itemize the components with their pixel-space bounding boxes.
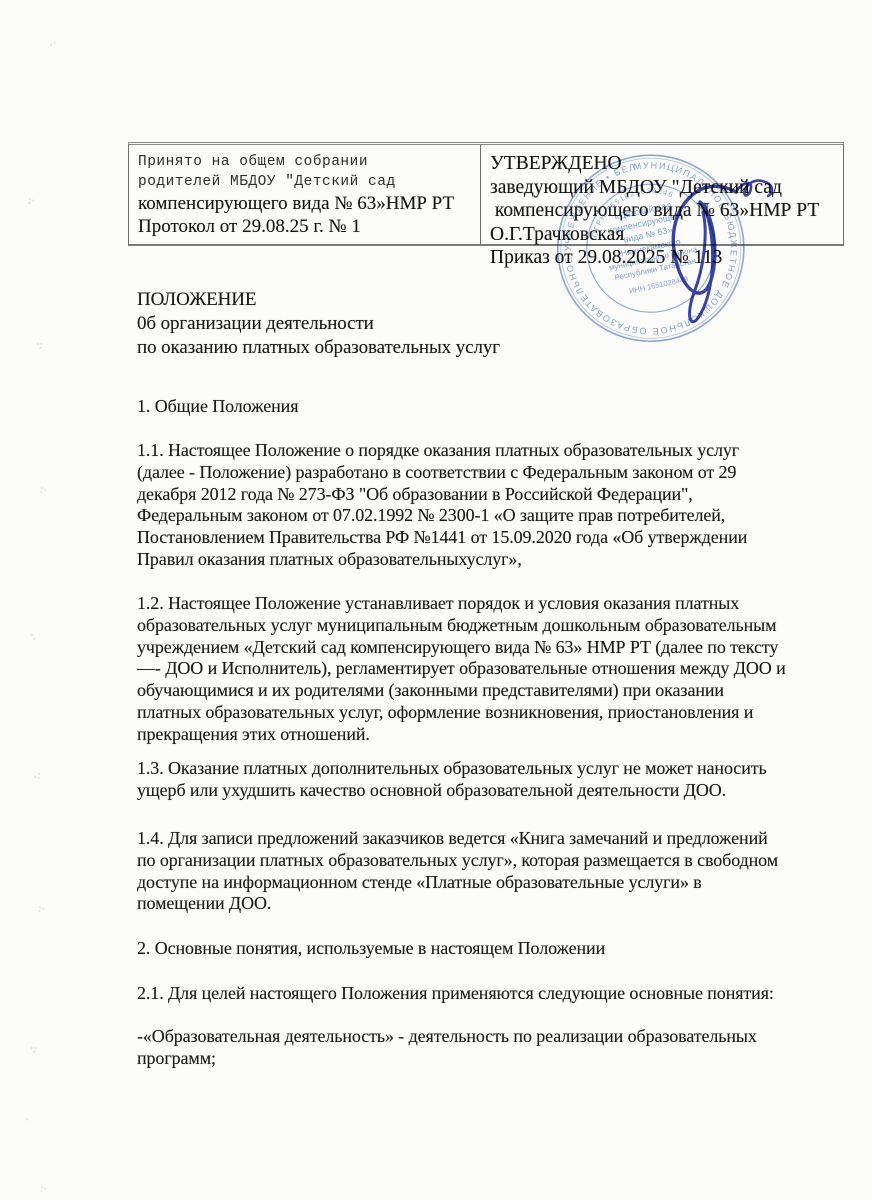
section-1-heading: 1. Общие Положения (137, 396, 298, 418)
director-signature (648, 170, 778, 330)
section-2-heading: 2. Основные понятия, используемые в наст… (137, 938, 605, 960)
scan-smudge: ꞉· (37, 903, 46, 915)
accepted-line: родителей МБДОУ "Детский сад (138, 172, 470, 192)
scan-smudge: . (25, 1112, 30, 1123)
scan-smudge: ·꞉ (35, 339, 44, 351)
paragraph-2-1: 2.1. Для целей настоящего Положения прим… (137, 983, 774, 1005)
scan-smudge: .· (49, 37, 58, 49)
accepted-cell: Принято на общем собрании родителей МБДО… (129, 145, 481, 244)
scan-smudge: ·꞉ (29, 1043, 38, 1055)
paragraph-1-2: 1.2. Настоящее Положение устанавливает п… (137, 593, 786, 746)
protocol-line: Протокол от 29.08.25 г. № 1 (138, 215, 470, 238)
scan-smudge: ·. (29, 630, 38, 642)
scan-smudge: ꞉· (39, 1183, 48, 1195)
paragraph-1-1: 1.1. Настоящее Положение о порядке оказа… (137, 440, 747, 571)
scan-smudge: .꞉ (33, 769, 42, 781)
signature-graphic (648, 170, 778, 330)
definition-educational-activity: -«Образовательная деятельность» - деятел… (137, 1026, 757, 1070)
paragraph-1-3: 1.3. Оказание платных дополнительных обр… (137, 758, 767, 802)
document-title: ПОЛОЖЕНИЕ 0б организации деятельности по… (137, 288, 500, 360)
accepted-line: Принято на общем собрании (138, 152, 470, 172)
accepted-line: компенсирующего вида № 63»НМР РТ (138, 192, 470, 215)
scan-smudge: ꞉· (39, 484, 48, 496)
scan-smudge: ꞉· (27, 195, 36, 207)
scanned-document-page: .· ꞉· ·꞉ ꞉· ·. .꞉ ꞉· ·꞉ . ꞉· Принято на … (0, 0, 872, 1200)
paragraph-1-4: 1.4. Для записи предложений заказчиков в… (137, 828, 778, 915)
